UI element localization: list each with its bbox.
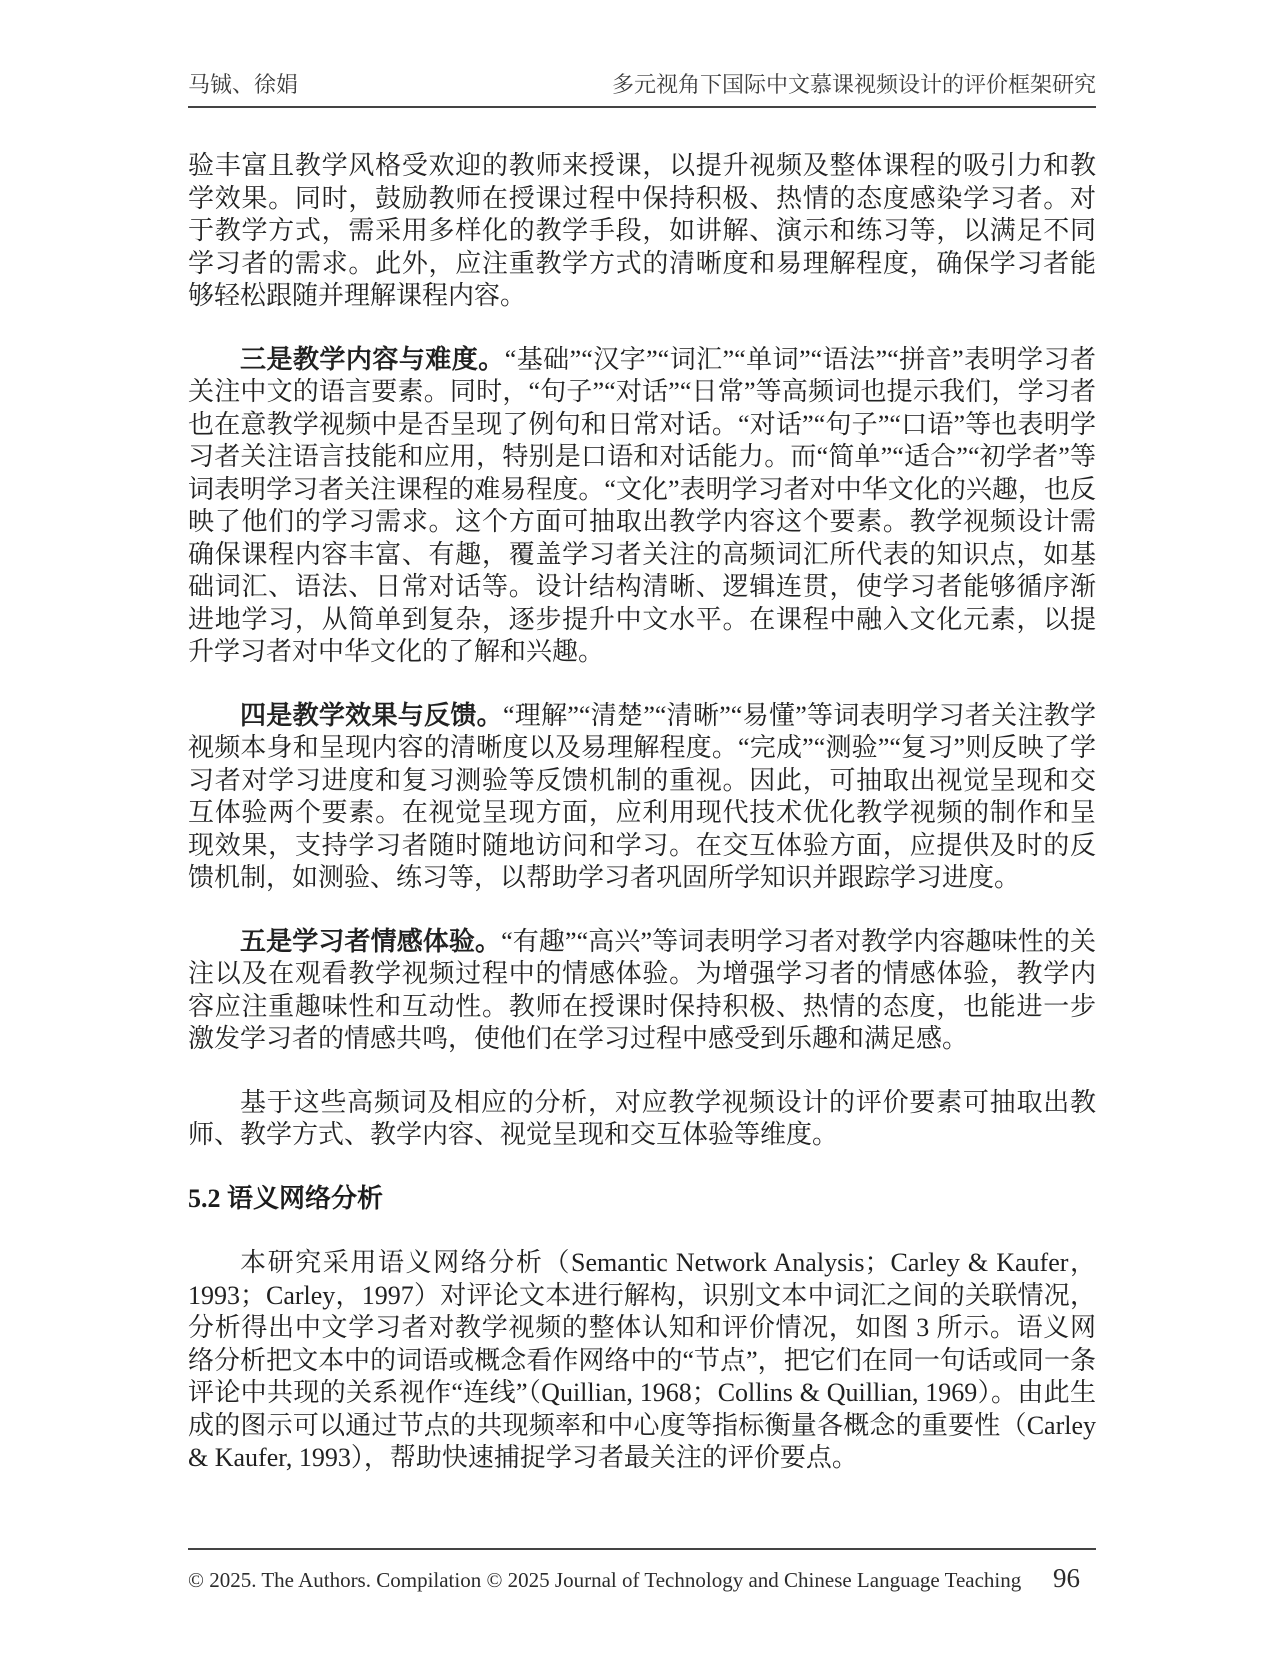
page-header: 马铖、徐娟 多元视角下国际中文慕课视频设计的评价框架研究 xyxy=(188,68,1096,108)
paragraph-lead: 四是教学效果与反馈。 xyxy=(240,701,503,730)
paragraph-point-four: 四是教学效果与反馈。“理解”“清楚”“清晰”“易懂”等词表明学习者关注教学视频本… xyxy=(188,700,1096,895)
footer-copyright: © 2025. The Authors. Compilation © 2025 … xyxy=(188,1568,1021,1593)
document-page: 马铖、徐娟 多元视角下国际中文慕课视频设计的评价框架研究 验丰富且教学风格受欢迎… xyxy=(0,0,1280,1656)
paragraph-text: 验丰富且教学风格受欢迎的教师来授课，以提升视频及整体课程的吸引力和教学效果。同时… xyxy=(188,151,1096,310)
paragraph-lead: 五是学习者情感体验。 xyxy=(240,927,501,956)
header-running-title: 多元视角下国际中文慕课视频设计的评价框架研究 xyxy=(612,68,1096,99)
paragraph-lead: 三是教学内容与难度。 xyxy=(240,345,505,374)
paragraph-text: 基于这些高频词及相应的分析，对应教学视频设计的评价要素可抽取出教师、教学方式、教… xyxy=(188,1088,1096,1150)
paragraph-semantic-network: 本研究采用语义网络分析（Semantic Network Analysis；Ca… xyxy=(188,1247,1096,1475)
footer-page-number: 96 xyxy=(1053,1563,1096,1594)
paragraph-text: 本研究采用语义网络分析（Semantic Network Analysis；Ca… xyxy=(188,1248,1096,1472)
paragraph-continuation: 验丰富且教学风格受欢迎的教师来授课，以提升视频及整体课程的吸引力和教学效果。同时… xyxy=(188,150,1096,313)
header-author: 马铖、徐娟 xyxy=(188,68,298,99)
paragraph-text: “基础”“汉字”“词汇”“单词”“语法”“拼音”表明学习者关注中文的语言要素。同… xyxy=(188,345,1096,667)
paragraph-summary: 基于这些高频词及相应的分析，对应教学视频设计的评价要素可抽取出教师、教学方式、教… xyxy=(188,1087,1096,1152)
section-heading-5-2: 5.2 语义网络分析 xyxy=(188,1183,1096,1216)
paragraph-point-three: 三是教学内容与难度。“基础”“汉字”“词汇”“单词”“语法”“拼音”表明学习者关… xyxy=(188,344,1096,669)
page-footer: © 2025. The Authors. Compilation © 2025 … xyxy=(188,1548,1096,1594)
page-body: 验丰富且教学风格受欢迎的教师来授课，以提升视频及整体课程的吸引力和教学效果。同时… xyxy=(188,150,1096,1506)
paragraph-point-five: 五是学习者情感体验。“有趣”“高兴”等词表明学习者对教学内容趣味性的关注以及在观… xyxy=(188,926,1096,1056)
